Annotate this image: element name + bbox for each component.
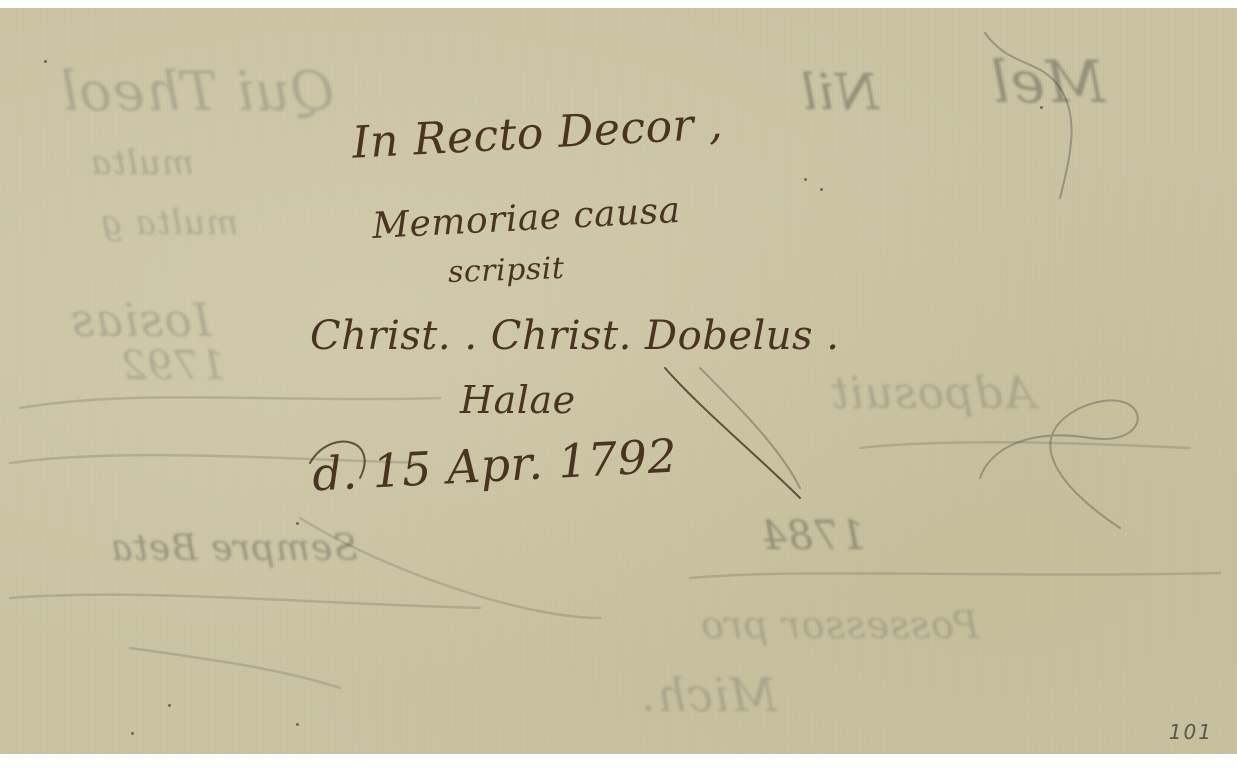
page-number: 101 (1169, 720, 1213, 744)
manuscript-line-6-date: d. 15 Apr. 1792 (311, 428, 679, 501)
paper-speck (131, 732, 134, 735)
bleed-through-top-right: Nil (800, 63, 879, 121)
manuscript-line-4-author: Christ. . Christ. Dobelus . (310, 313, 840, 359)
paper-speck (168, 704, 171, 707)
bleed-through-top-left-2: multa (90, 143, 194, 183)
bleed-through-left-year: 1792 (120, 343, 226, 389)
manuscript-line-5-place: Halae (460, 378, 576, 422)
paper-speck (804, 178, 807, 181)
bleed-through-top-left-3: multa g (100, 203, 239, 243)
manuscript-sheet: Qui Theol multa multa g Iosias 1792 Nil … (0, 8, 1237, 754)
manuscript-line-2: Memoriae causa (371, 190, 681, 247)
bleed-through-left-mid: Iosias (70, 293, 211, 347)
paper-speck (296, 522, 299, 525)
bleed-through-right-mid: Adposuit (830, 368, 1035, 419)
paper-speck (1040, 106, 1043, 109)
paper-speck (820, 188, 823, 191)
bleed-through-right-bottom: Mich. (640, 668, 777, 722)
bleed-through-bottom-left: Sempre Beta (110, 528, 358, 569)
bleed-through-right-date: 1784 (760, 513, 866, 559)
paper-speck (296, 723, 299, 726)
manuscript-line-1: In Recto Decor , (351, 98, 724, 168)
bleed-through-top-left: Qui Theol (60, 60, 335, 123)
bleed-through-right-low: Possessor pro (700, 603, 979, 647)
bleed-through-top-right-2: Mel (990, 48, 1105, 116)
paper-speck (44, 60, 47, 63)
manuscript-line-3: scripsit (447, 251, 565, 290)
